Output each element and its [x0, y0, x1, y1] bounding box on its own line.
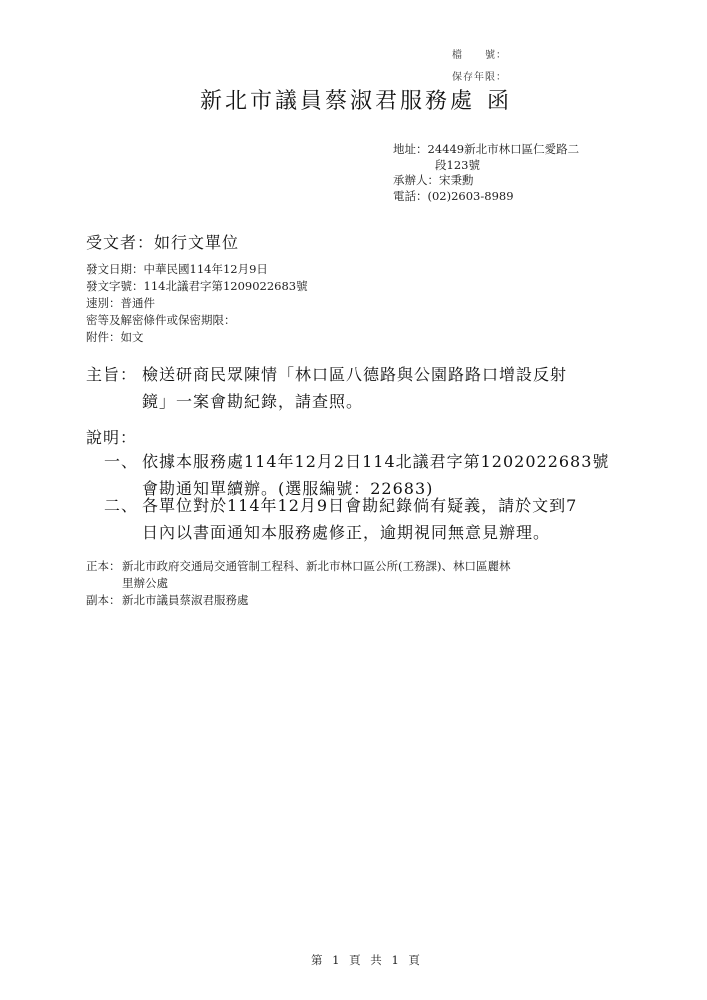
original-line2: 里辦公處: [122, 575, 510, 592]
contact-block: 地址： 24449新北市林口區仁愛路二 段123號 承辦人： 宋秉勳 電話： (…: [393, 142, 579, 204]
phone-label: 電話：: [393, 189, 428, 205]
document-type: 函: [487, 84, 512, 115]
file-number-label: 檔 號：: [452, 46, 507, 61]
recipient-row: 受文者： 如行文單位: [86, 230, 239, 253]
date-row: 發文日期： 中華民國114年12月9日: [86, 261, 308, 278]
page-indicator: 第 1 頁 共 1 頁: [311, 952, 423, 968]
address-line2: 段123號: [393, 158, 579, 174]
speed-value: 普通件: [121, 295, 156, 312]
distribution-block: 正本： 新北市政府交通局交通管制工程科、新北市林口區公所(工務課)、林口區麗林 …: [86, 558, 510, 609]
speed-label: 速別：: [86, 295, 121, 312]
speed-row: 速別： 普通件: [86, 295, 308, 312]
copy-value: 新北市議員蔡淑君服務處: [122, 592, 249, 609]
date-value: 中華民國114年12月9日: [144, 261, 268, 278]
address-row: 地址： 24449新北市林口區仁愛路二: [393, 142, 579, 158]
doc-number-label: 發文字號：: [86, 278, 144, 295]
handler-row: 承辦人： 宋秉勳: [393, 173, 579, 189]
attachment-label: 附件：: [86, 329, 121, 346]
attachment-value: 如文: [121, 329, 144, 346]
recipient-value: 如行文單位: [154, 230, 239, 253]
item-marker: 二、: [104, 492, 142, 546]
item-line1: 各單位對於114年12月9日會勘紀錄倘有疑義，請於文到7: [142, 492, 577, 519]
doc-number-row: 發文字號： 114北議君字第1209022683號: [86, 278, 308, 295]
subject-line2: 鏡」一案會勘紀錄，請查照。: [142, 388, 567, 415]
doc-number-value: 114北議君字第1209022683號: [144, 278, 308, 295]
document-info: 發文日期： 中華民國114年12月9日 發文字號： 114北議君字第120902…: [86, 261, 308, 346]
handler-label: 承辦人：: [393, 173, 439, 189]
item-line2: 日內以書面通知本服務處修正，逾期視同無意見辦理。: [142, 519, 577, 546]
copy-label: 副本：: [86, 592, 122, 609]
original-line1: 新北市政府交通局交通管制工程科、新北市林口區公所(工務課)、林口區麗林: [122, 558, 510, 575]
secrecy-label: 密等及解密條件或保密期限：: [86, 312, 236, 329]
subject-label: 主旨：: [86, 361, 142, 415]
address-label: 地址：: [393, 142, 428, 158]
phone-number: (02)2603-8989: [428, 189, 514, 205]
retention-period-label: 保存年限：: [452, 68, 507, 83]
address-line1: 24449新北市林口區仁愛路二: [428, 142, 580, 158]
original-recipients-row: 正本： 新北市政府交通局交通管制工程科、新北市林口區公所(工務課)、林口區麗林 …: [86, 558, 510, 592]
handler-name: 宋秉勳: [439, 173, 474, 189]
date-label: 發文日期：: [86, 261, 144, 278]
item-line1: 依據本服務處114年12月2日114北議君字第1202022683號: [142, 448, 609, 475]
attachment-row: 附件： 如文: [86, 329, 308, 346]
recipient-label: 受文者：: [86, 230, 154, 253]
subject-block: 主旨： 檢送研商民眾陳情「林口區八德路與公園路路口增設反射 鏡」一案會勘紀錄，請…: [86, 361, 567, 415]
phone-row: 電話： (02)2603-8989: [393, 189, 579, 205]
secrecy-row: 密等及解密條件或保密期限：: [86, 312, 308, 329]
explanation-item-2: 二、 各單位對於114年12月9日會勘紀錄倘有疑義，請於文到7 日內以書面通知本…: [104, 492, 577, 546]
explanation-label: 說明：: [86, 424, 137, 451]
subject-line1: 檢送研商民眾陳情「林口區八德路與公園路路口增設反射: [142, 361, 567, 388]
document-title: 新北市議員蔡淑君服務處: [200, 84, 475, 115]
original-label: 正本：: [86, 558, 122, 592]
copy-recipients-row: 副本： 新北市議員蔡淑君服務處: [86, 592, 510, 609]
